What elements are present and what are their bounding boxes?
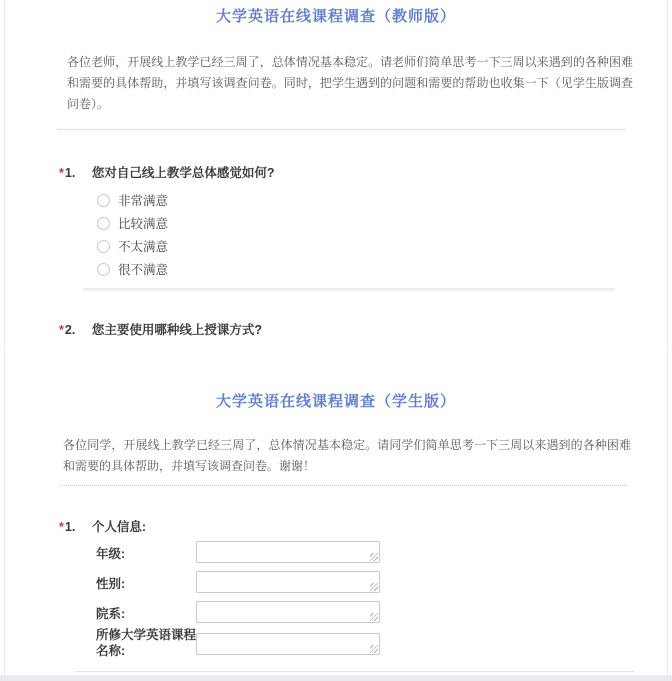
dotted-divider bbox=[60, 485, 627, 486]
department-input[interactable] bbox=[196, 601, 380, 623]
course-name-input-wrap bbox=[196, 633, 380, 655]
question-number: 2. bbox=[65, 323, 79, 337]
gender-input-wrap bbox=[196, 571, 380, 593]
teacher-question-1: *1.您对自己线上教学总体感觉如何? bbox=[59, 163, 275, 181]
gender-input[interactable] bbox=[196, 571, 380, 593]
radio-label: 很不满意 bbox=[118, 260, 168, 278]
course-name-input[interactable] bbox=[196, 633, 380, 655]
question-text: 您主要使用哪种线上授课方式? bbox=[92, 323, 262, 337]
question-number: 1. bbox=[65, 166, 79, 180]
field-label-department: 院系: bbox=[96, 606, 196, 622]
grade-input-wrap bbox=[196, 541, 380, 563]
department-input-wrap bbox=[196, 601, 380, 623]
bottom-divider bbox=[75, 671, 634, 672]
required-asterisk: * bbox=[59, 520, 64, 534]
dotted-divider bbox=[57, 129, 625, 130]
student-form-title: 大学英语在线课程调查（学生版） bbox=[5, 390, 667, 411]
section-divider bbox=[83, 288, 615, 290]
teacher-form-card: 大学英语在线课程调查（教师版） 各位老师，开展线上教学已经三周了，总体情况基本稳… bbox=[4, 0, 668, 344]
radio-option[interactable]: 非常满意 bbox=[97, 191, 168, 209]
teacher-form-title: 大学英语在线课程调查（教师版） bbox=[5, 5, 667, 26]
student-question-1: *1.个人信息: bbox=[59, 517, 146, 535]
question-text: 个人信息: bbox=[92, 520, 146, 534]
radio-label: 比较满意 bbox=[118, 214, 168, 232]
radio-icon[interactable] bbox=[97, 240, 110, 253]
radio-icon[interactable] bbox=[97, 194, 110, 207]
grade-input[interactable] bbox=[196, 541, 380, 563]
question-number: 1. bbox=[65, 520, 79, 534]
field-label-gender: 性别: bbox=[96, 576, 196, 592]
radio-icon[interactable] bbox=[97, 217, 110, 230]
radio-icon[interactable] bbox=[97, 263, 110, 276]
radio-label: 不太满意 bbox=[118, 237, 168, 255]
student-form-intro: 各位同学，开展线上教学已经三周了，总体情况基本稳定。请同学们简单思考一下三周以来… bbox=[63, 435, 631, 477]
radio-option[interactable]: 不太满意 bbox=[97, 237, 168, 255]
teacher-form-intro: 各位老师，开展线上教学已经三周了，总体情况基本稳定。请老师们简单思考一下三周以来… bbox=[67, 52, 633, 115]
page-bottom-strip bbox=[0, 675, 672, 681]
survey-page: 大学英语在线课程调查（教师版） 各位老师，开展线上教学已经三周了，总体情况基本稳… bbox=[0, 0, 672, 681]
field-label-course-name: 所修大学英语课程名称: bbox=[96, 627, 200, 659]
radio-option[interactable]: 很不满意 bbox=[97, 260, 168, 278]
field-label-grade: 年级: bbox=[96, 546, 196, 562]
required-asterisk: * bbox=[59, 166, 64, 180]
radio-label: 非常满意 bbox=[118, 191, 168, 209]
student-form-card: 大学英语在线课程调查（学生版） 各位同学，开展线上教学已经三周了，总体情况基本稳… bbox=[4, 346, 668, 675]
teacher-question-2: *2.您主要使用哪种线上授课方式? bbox=[59, 320, 262, 338]
radio-option[interactable]: 比较满意 bbox=[97, 214, 168, 232]
required-asterisk: * bbox=[59, 323, 64, 337]
question-text: 您对自己线上教学总体感觉如何? bbox=[92, 166, 275, 180]
